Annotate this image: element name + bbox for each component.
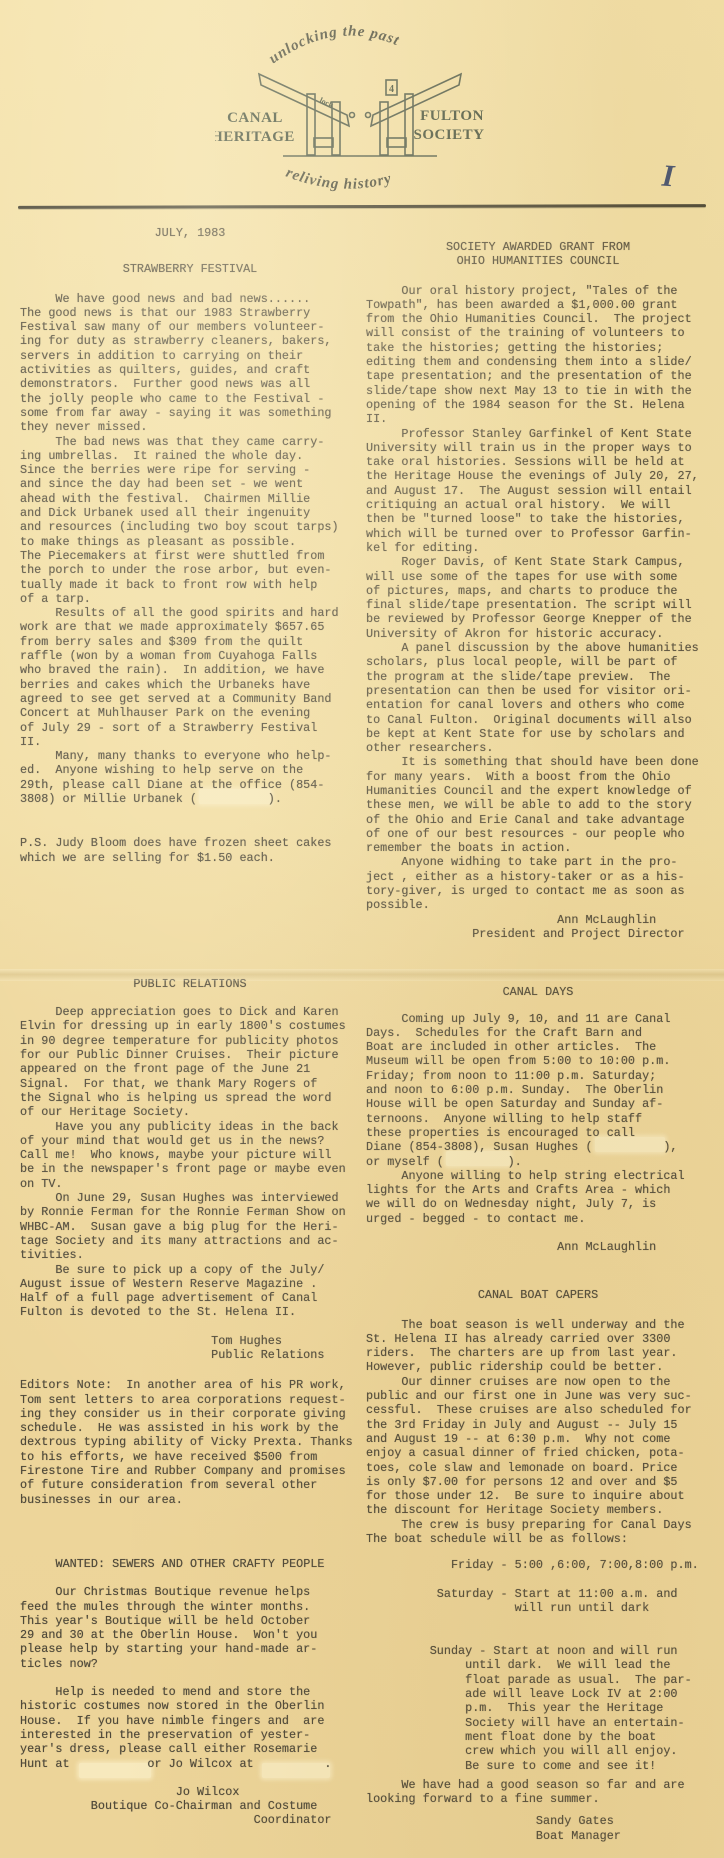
postscript-note: P.S. Judy Bloom does have frozen sheet c…: [20, 836, 360, 865]
article-paragraph: Professor Stanley Garfinkel of Kent Stat…: [366, 427, 710, 556]
signature-block: Tom Hughes Public Relations: [20, 1334, 360, 1363]
article-paragraph: Our dinner cruises are now open to the p…: [366, 1375, 710, 1518]
article-title-wanted-sewers: WANTED: SEWERS AND OTHER CRAFTY PEOPLE: [20, 1557, 360, 1571]
society-name-society: SOCIETY: [413, 127, 484, 143]
left-pivot-bolt: [350, 113, 355, 118]
signature-block: Jo Wilcox Boutique Co-Chairman and Costu…: [20, 1785, 360, 1828]
article-paragraph: Deep appreciation goes to Dick and Karen…: [20, 1005, 360, 1119]
motto-bottom: reliving history: [284, 165, 394, 193]
right-pivot-bolt: [366, 113, 371, 118]
article-paragraph: Coming up July 9, 10, and 11 are Canal D…: [366, 1012, 710, 1169]
right-gate-bar: [387, 138, 406, 147]
beam-label-number: 4: [389, 84, 394, 95]
handwritten-page-number: I: [661, 158, 676, 195]
article-paragraph: Roger Davis, of Kent State Stark Campus,…: [366, 555, 710, 641]
left-column: JULY, 1983 STRAWBERRY FESTIVAL We have g…: [20, 218, 360, 1843]
article-paragraph: The crew is busy preparing for Canal Day…: [366, 1518, 710, 1547]
article-paragraph: Our Christmas Boutique revenue helps fee…: [20, 1585, 360, 1671]
left-gate-bar: [314, 138, 333, 147]
article-paragraph: Help is needed to mend and store the his…: [20, 1685, 360, 1771]
article-paragraph: It is something that should have been do…: [366, 755, 710, 855]
signature-block: Ann McLaughlin President and Project Dir…: [366, 913, 710, 942]
signature-block: Sandy Gates Boat Manager: [366, 1814, 710, 1843]
newsletter-page: unlocking the past reliving history lock…: [0, 0, 724, 1858]
society-name-fulton: FULTON: [420, 108, 484, 124]
society-name-canal: CANAL: [227, 110, 283, 126]
article-title-strawberry-festival: STRAWBERRY FESTIVAL: [20, 262, 360, 276]
article-paragraph: We have good news and bad news...... The…: [20, 292, 360, 435]
signature-block: Ann McLaughlin: [366, 1240, 710, 1254]
article-paragraph: On June 29, Susan Hughes was interviewed…: [20, 1191, 360, 1262]
masthead-logo: unlocking the past reliving history lock…: [215, 10, 505, 198]
editors-note: Editors Note: In another area of his PR …: [20, 1378, 360, 1507]
article-title-public-relations: PUBLIC RELATIONS: [20, 977, 360, 991]
article-paragraph: Have you any publicity ideas in the back…: [20, 1120, 360, 1191]
article-paragraph: The bad news was that they came carry- i…: [20, 435, 360, 607]
article-title-canal-boat-capers: CANAL BOAT CAPERS: [366, 1288, 710, 1302]
society-name-heritage: HERITAGE: [215, 129, 295, 145]
article-paragraph: Be sure to pick up a copy of the July/ A…: [20, 1263, 360, 1320]
article-title-canal-days: CANAL DAYS: [366, 985, 710, 999]
article-title-grant: SOCIETY AWARDED GRANT FROM OHIO HUMANITI…: [366, 240, 710, 269]
article-paragraph: The boat season is well underway and the…: [366, 1318, 710, 1375]
boat-schedule: Friday - 5:00 ,6:00, 7:00,8:00 p.m. Satu…: [366, 1558, 710, 1772]
right-column: SOCIETY AWARDED GRANT FROM OHIO HUMANITI…: [366, 218, 710, 1843]
article-paragraph: Many, many thanks to everyone who help- …: [20, 749, 360, 806]
motto-top: unlocking the past: [266, 24, 402, 68]
newsletter-body: JULY, 1983 STRAWBERRY FESTIVAL We have g…: [20, 218, 710, 1843]
article-paragraph: We have had a good season so far and are…: [366, 1778, 710, 1807]
article-paragraph: Results of all the good spirits and hard…: [20, 606, 360, 749]
article-paragraph: Anyone widhing to take part in the pro- …: [366, 855, 710, 912]
article-paragraph: Anyone willing to help string electrical…: [366, 1169, 710, 1226]
article-paragraph: A panel discussion by the above humaniti…: [366, 641, 710, 755]
article-paragraph: Our oral history project, "Tales of the …: [366, 284, 710, 427]
masthead-divider-rule: [18, 204, 706, 209]
issue-date: JULY, 1983: [20, 226, 360, 240]
